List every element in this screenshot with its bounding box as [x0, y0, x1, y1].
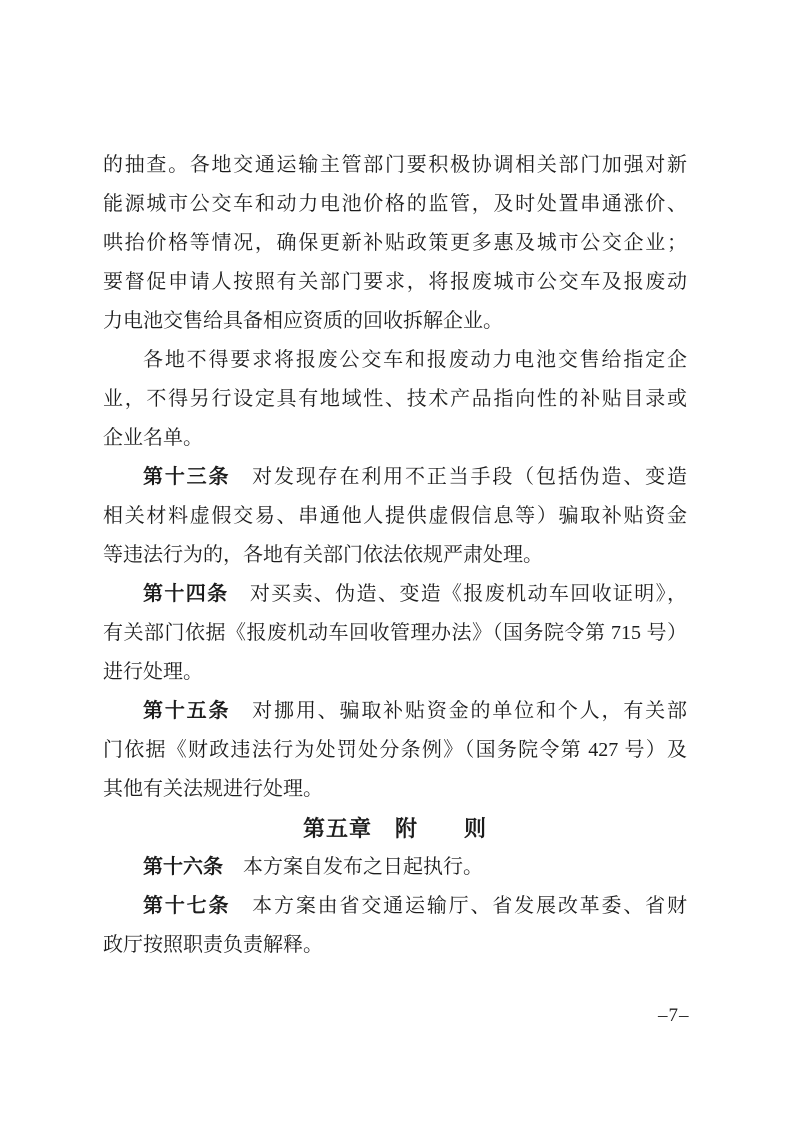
text-line: 的抽查。各地交通运输主管部门要积极协调相关部门加强对新 — [103, 146, 687, 185]
paragraph: 第十六条 本方案自发布之日起执行。 — [103, 848, 687, 887]
text-line: 进行处理。 — [103, 653, 687, 692]
paragraph: 第十七条 本方案由省交通运输厅、省发展改革委、省财政厅按照职责负责解释。 — [103, 887, 687, 965]
chapter-heading: 第五章 附 则 — [103, 809, 687, 848]
paragraph: 的抽查。各地交通运输主管部门要积极协调相关部门加强对新能源城市公交车和动力电池价… — [103, 146, 687, 341]
text-line: 哄抬价格等情况，确保更新补贴政策更多惠及城市公交企业； — [103, 224, 687, 263]
text-line: 要督促申请人按照有关部门要求，将报废城市公交车及报废动 — [103, 263, 687, 302]
text-line: 第十六条 本方案自发布之日起执行。 — [103, 848, 687, 887]
article-number: 第十五条 — [143, 700, 230, 722]
text-line: 第十四条 对买卖、伪造、变造《报废机动车回收证明》， — [103, 575, 687, 614]
text-line: 有关部门依据《报废机动车回收管理办法》（国务院令第 715 号） — [103, 614, 687, 653]
article-number: 第十三条 — [143, 466, 230, 488]
text-line: 等违法行为的，各地有关部门依法依规严肃处理。 — [103, 536, 687, 575]
document-body: 的抽查。各地交通运输主管部门要积极协调相关部门加强对新能源城市公交车和动力电池价… — [103, 146, 687, 965]
text-line: 政厅按照职责负责解释。 — [103, 926, 687, 965]
text-line: 各地不得要求将报废公交车和报废动力电池交售给指定企 — [103, 341, 687, 380]
paragraph: 第十三条 对发现存在利用不正当手段（包括伪造、变造相关材料虚假交易、串通他人提供… — [103, 458, 687, 575]
text-line: 门依据《财政违法行为处罚处分条例》（国务院令第 427 号）及 — [103, 731, 687, 770]
text-line: 第十五条 对挪用、骗取补贴资金的单位和个人，有关部 — [103, 692, 687, 731]
paragraph: 第十五条 对挪用、骗取补贴资金的单位和个人，有关部门依据《财政违法行为处罚处分条… — [103, 692, 687, 809]
article-number: 第十六条 — [143, 856, 223, 878]
text-line: 第十七条 本方案由省交通运输厅、省发展改革委、省财 — [103, 887, 687, 926]
paragraph: 各地不得要求将报废公交车和报废动力电池交售给指定企业，不得另行设定具有地域性、技… — [103, 341, 687, 458]
text-line: 企业名单。 — [103, 419, 687, 458]
text-line: 其他有关法规进行处理。 — [103, 770, 687, 809]
text-line: 相关材料虚假交易、串通他人提供虚假信息等）骗取补贴资金 — [103, 497, 687, 536]
article-number: 第十四条 — [143, 583, 228, 605]
document-page: 的抽查。各地交通运输主管部门要积极协调相关部门加强对新能源城市公交车和动力电池价… — [0, 0, 793, 1122]
text-line: 力电池交售给具备相应资质的回收拆解企业。 — [103, 302, 687, 341]
article-number: 第十七条 — [143, 895, 230, 917]
text-line: 业，不得另行设定具有地域性、技术产品指向性的补贴目录或 — [103, 380, 687, 419]
text-line: 第十三条 对发现存在利用不正当手段（包括伪造、变造 — [103, 458, 687, 497]
page-number: –7– — [658, 1005, 690, 1027]
text-line: 能源城市公交车和动力电池价格的监管，及时处置串通涨价、 — [103, 185, 687, 224]
paragraph: 第十四条 对买卖、伪造、变造《报废机动车回收证明》，有关部门依据《报废机动车回收… — [103, 575, 687, 692]
